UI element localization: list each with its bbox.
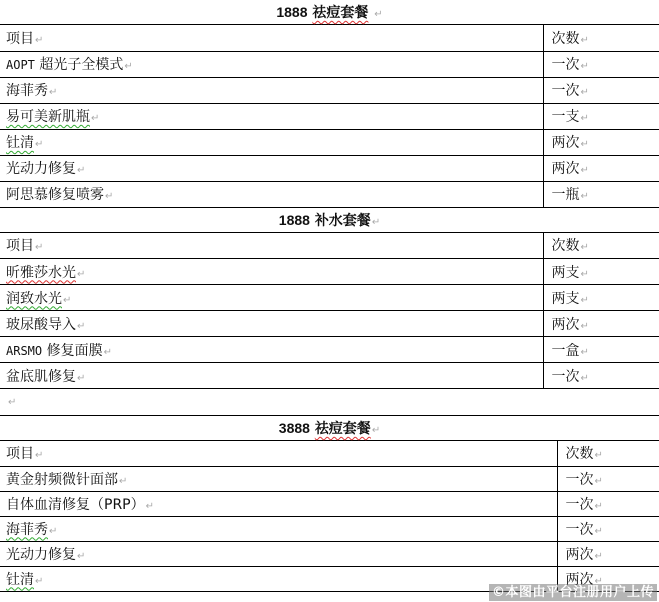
- table-row: 海菲秀↵ 一次↵: [0, 516, 659, 541]
- item-name: 黄金射频微针面部↵: [0, 466, 557, 491]
- paragraph-mark-icon: ↵: [581, 295, 589, 306]
- package-table-1888-acne: 项目↵ 次数↵ AOPT 超光子全模式↵ 一次↵ 海菲秀↵ 一次↵ 易可美新肌瓶…: [0, 25, 659, 208]
- package-table-1888-hydration: 项目↵ 次数↵ 昕雅莎水光↵ 两支↵ 润致水光↵ 两支↵ 玻尿酸导入↵ 两次↵ …: [0, 233, 659, 390]
- title-number: 1888: [276, 4, 307, 20]
- header-item: 项目↵: [0, 441, 557, 466]
- item-name: 阿思慕修复喷雾↵: [0, 181, 543, 207]
- item-count: 一次↵: [557, 516, 659, 541]
- title-text: 补水套餐: [315, 213, 371, 229]
- paragraph-mark-icon: ↵: [595, 526, 603, 537]
- item-name: 钍清↵: [0, 129, 543, 155]
- item-count: 一盒↵: [543, 337, 659, 363]
- paragraph-mark-icon: ↵: [8, 397, 16, 408]
- paragraph-mark-icon: ↵: [35, 576, 43, 587]
- title-number: 3888: [279, 420, 310, 436]
- table-row: 光动力修复↵ 两次↵: [0, 541, 659, 566]
- package-table-3888-acne: 项目↵ 次数↵ 黄金射频微针面部↵ 一次↵ 自体血清修复（PRP）↵ 一次↵ 海…: [0, 441, 659, 592]
- table-row: 盆底肌修复↵ 一次↵: [0, 363, 659, 389]
- item-name: ARSMO 修复面膜↵: [0, 337, 543, 363]
- item-count: 一次↵: [557, 466, 659, 491]
- document: 1888 祛痘套餐 ↵ 项目↵ 次数↵ AOPT 超光子全模式↵ 一次↵ 海菲秀…: [0, 0, 659, 592]
- item-name: 钍清↵: [0, 566, 557, 591]
- paragraph-mark-icon: ↵: [581, 242, 589, 253]
- paragraph-mark-icon: ↵: [35, 242, 43, 253]
- table-row: 钍清↵ 两次↵: [0, 129, 659, 155]
- item-name: 昕雅莎水光↵: [0, 259, 543, 285]
- table-row: 易可美新肌瓶↵ 一支↵: [0, 103, 659, 129]
- paragraph-mark-icon: ↵: [91, 113, 99, 124]
- item-count: 一支↵: [543, 103, 659, 129]
- table-row: 昕雅莎水光↵ 两支↵: [0, 259, 659, 285]
- paragraph-mark-icon: ↵: [581, 321, 589, 332]
- paragraph-mark-icon: ↵: [374, 9, 382, 20]
- item-name: 盆底肌修复↵: [0, 363, 543, 389]
- paragraph-mark-icon: ↵: [77, 165, 85, 176]
- paragraph-mark-icon: ↵: [581, 35, 589, 46]
- paragraph-mark-icon: ↵: [372, 425, 380, 436]
- paragraph-mark-icon: ↵: [35, 139, 43, 150]
- item-name: 光动力修复↵: [0, 155, 543, 181]
- paragraph-mark-icon: ↵: [77, 321, 85, 332]
- title-number: 1888: [279, 212, 310, 228]
- item-name: 润致水光↵: [0, 285, 543, 311]
- section-title-1888-acne: 1888 祛痘套餐 ↵: [0, 0, 659, 25]
- paragraph-mark-icon: ↵: [49, 526, 57, 537]
- paragraph-mark-icon: ↵: [146, 501, 154, 512]
- item-count: 两支↵: [543, 285, 659, 311]
- paragraph-mark-icon: ↵: [595, 501, 603, 512]
- title-text: 祛痘套餐: [315, 421, 371, 437]
- watermark: ©本图由平台注册用户上传: [489, 584, 657, 601]
- paragraph-mark-icon: ↵: [581, 165, 589, 176]
- paragraph-mark-icon: ↵: [77, 551, 85, 562]
- table-header-row: 项目↵ 次数↵: [0, 25, 659, 51]
- table-header-row: 项目↵ 次数↵: [0, 441, 659, 466]
- paragraph-mark-icon: ↵: [581, 113, 589, 124]
- paragraph-mark-icon: ↵: [581, 269, 589, 280]
- item-count: 两次↵: [557, 541, 659, 566]
- blank-paragraph: ↵: [0, 389, 659, 416]
- paragraph-mark-icon: ↵: [77, 373, 85, 384]
- paragraph-mark-icon: ↵: [581, 373, 589, 384]
- paragraph-mark-icon: ↵: [119, 476, 127, 487]
- item-count: 两次↵: [543, 129, 659, 155]
- paragraph-mark-icon: ↵: [372, 217, 380, 228]
- item-name: 易可美新肌瓶↵: [0, 103, 543, 129]
- item-count: 一次↵: [543, 363, 659, 389]
- paragraph-mark-icon: ↵: [105, 191, 113, 202]
- section-title-1888-hydration: 1888 补水套餐↵: [0, 208, 659, 233]
- header-count: 次数↵: [557, 441, 659, 466]
- item-count: 两次↵: [543, 311, 659, 337]
- paragraph-mark-icon: ↵: [124, 61, 132, 72]
- item-name: 海菲秀↵: [0, 516, 557, 541]
- table-row: 阿思慕修复喷雾↵ 一瓶↵: [0, 181, 659, 207]
- table-row: 玻尿酸导入↵ 两次↵: [0, 311, 659, 337]
- paragraph-mark-icon: ↵: [581, 87, 589, 98]
- paragraph-mark-icon: ↵: [595, 551, 603, 562]
- item-count: 两次↵: [543, 155, 659, 181]
- item-name: 玻尿酸导入↵: [0, 311, 543, 337]
- item-count: 一瓶↵: [543, 181, 659, 207]
- paragraph-mark-icon: ↵: [49, 87, 57, 98]
- table-row: ARSMO 修复面膜↵ 一盒↵: [0, 337, 659, 363]
- item-name: 海菲秀↵: [0, 77, 543, 103]
- item-count: 一次↵: [543, 51, 659, 77]
- table-row: 光动力修复↵ 两次↵: [0, 155, 659, 181]
- paragraph-mark-icon: ↵: [581, 191, 589, 202]
- paragraph-mark-icon: ↵: [595, 476, 603, 487]
- paragraph-mark-icon: ↵: [581, 347, 589, 358]
- paragraph-mark-icon: ↵: [63, 295, 71, 306]
- paragraph-mark-icon: ↵: [35, 35, 43, 46]
- item-count: 一次↵: [557, 491, 659, 516]
- header-count: 次数↵: [543, 25, 659, 51]
- table-row: 自体血清修复（PRP）↵ 一次↵: [0, 491, 659, 516]
- table-row: AOPT 超光子全模式↵ 一次↵: [0, 51, 659, 77]
- table-row: 黄金射频微针面部↵ 一次↵: [0, 466, 659, 491]
- table-row: 海菲秀↵ 一次↵: [0, 77, 659, 103]
- paragraph-mark-icon: ↵: [581, 139, 589, 150]
- section-title-3888-acne: 3888 祛痘套餐↵: [0, 416, 659, 441]
- header-item: 项目↵: [0, 25, 543, 51]
- paragraph-mark-icon: ↵: [77, 269, 85, 280]
- paragraph-mark-icon: ↵: [595, 450, 603, 461]
- title-text: 祛痘套餐: [312, 5, 373, 21]
- paragraph-mark-icon: ↵: [104, 347, 112, 358]
- paragraph-mark-icon: ↵: [581, 61, 589, 72]
- table-row: 润致水光↵ 两支↵: [0, 285, 659, 311]
- paragraph-mark-icon: ↵: [35, 450, 43, 461]
- table-header-row: 项目↵ 次数↵: [0, 233, 659, 259]
- item-count: 一次↵: [543, 77, 659, 103]
- header-item: 项目↵: [0, 233, 543, 259]
- item-name: 自体血清修复（PRP）↵: [0, 491, 557, 516]
- item-name: AOPT 超光子全模式↵: [0, 51, 543, 77]
- item-name: 光动力修复↵: [0, 541, 557, 566]
- item-count: 两支↵: [543, 259, 659, 285]
- header-count: 次数↵: [543, 233, 659, 259]
